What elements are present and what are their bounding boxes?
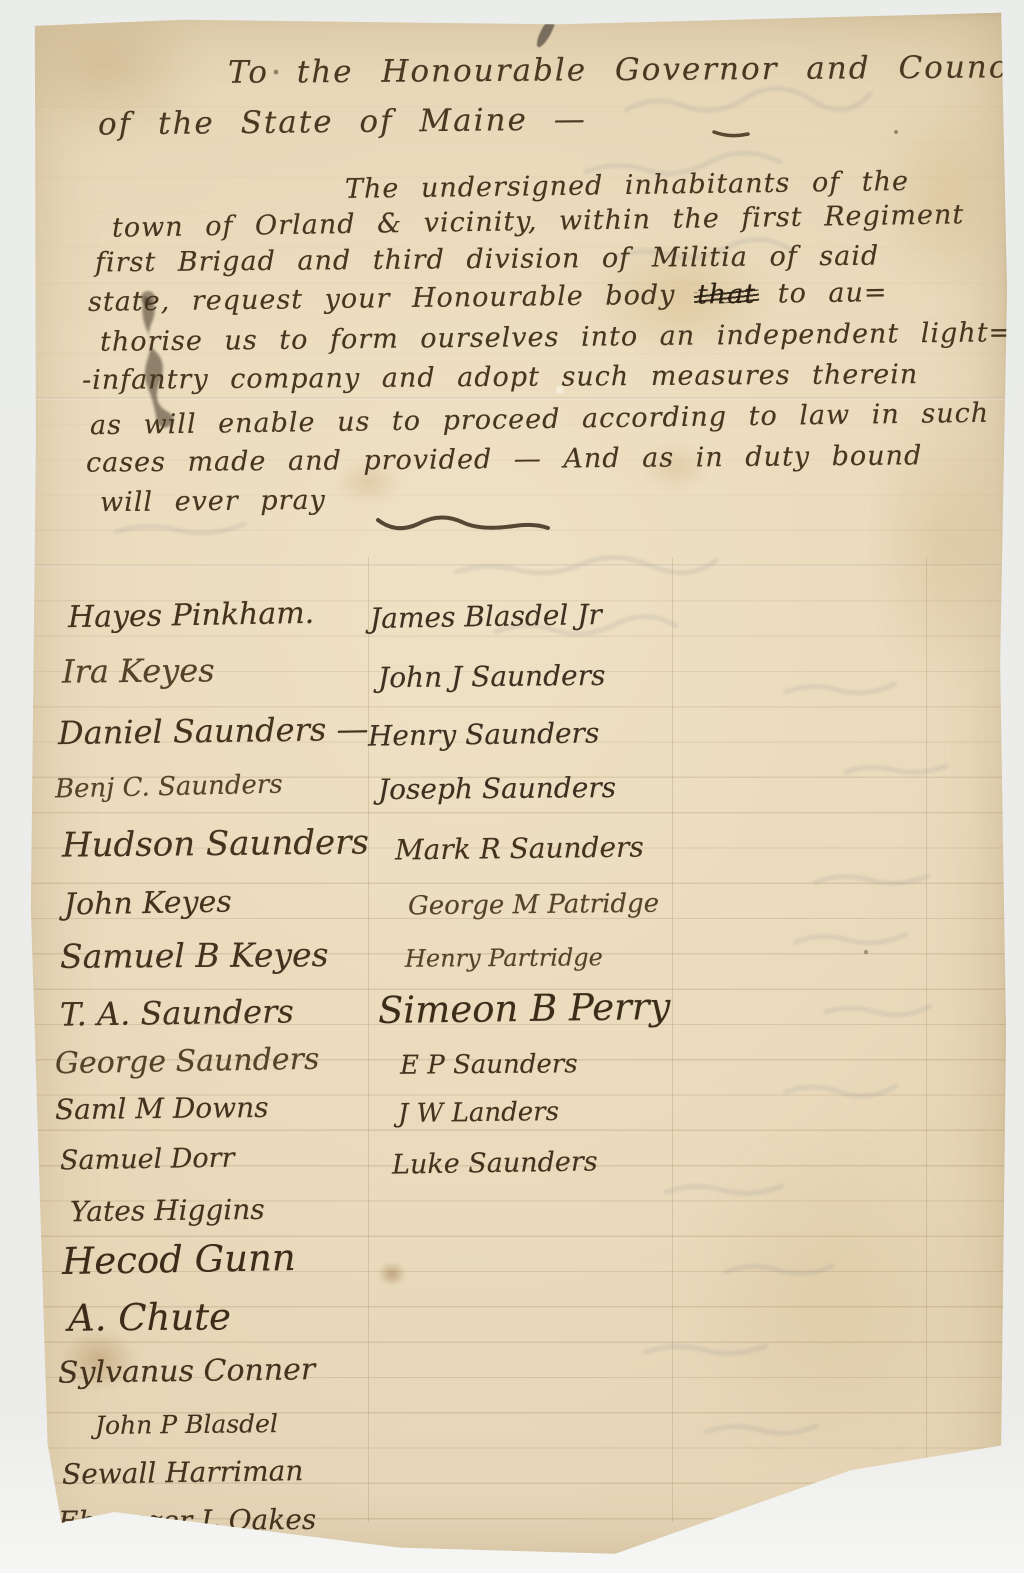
signature: J W Landers (398, 1097, 559, 1129)
struck-word: that (697, 279, 757, 311)
signature: Ebenezer L Oakes (58, 1503, 316, 1538)
signature: Hudson Saunders (62, 822, 369, 865)
signature: Saml M Downs (55, 1091, 269, 1126)
signature: T. A. Saunders (60, 992, 294, 1033)
signature: George Saunders (55, 1042, 320, 1082)
body-line: will ever pray (100, 485, 326, 518)
signature: Ira Keyes (62, 651, 215, 690)
signature: Samuel B Keyes (60, 935, 329, 976)
salutation-line-1: To the Honourable Governor and Council (228, 49, 1024, 91)
signature: George M Patridge (408, 889, 659, 922)
document-page: To the Honourable Governor and Council o… (26, 12, 1008, 1560)
signature: Simeon B Perry (378, 985, 671, 1032)
body-line-segment: to au= (756, 277, 888, 310)
signature: Yates Higgins (70, 1193, 265, 1228)
signature: Henry Partridge (405, 943, 603, 972)
body-line: -infantry company and adopt such measure… (82, 359, 918, 396)
signature: Mark R Saunders (395, 830, 644, 866)
signature: E P Saunders (400, 1049, 578, 1081)
ink-smudge (534, 15, 559, 50)
signature: Daniel Saunders — (58, 710, 369, 752)
signature: John Keyes (64, 885, 232, 923)
signature: Benj C. Saunders (55, 770, 283, 805)
signature: Sewall Harriman (62, 1454, 304, 1491)
signature: Hayes Pinkham. (68, 596, 315, 635)
fold-crease (26, 564, 1008, 567)
column-rule (672, 557, 673, 1522)
column-rule (926, 557, 927, 1522)
column-rule (368, 557, 369, 1522)
salutation-line-2: of the State of Maine — (98, 101, 587, 142)
signature: James Blasdel Jr (370, 598, 602, 635)
signature: Joseph Saunders (378, 771, 616, 806)
signature: Henry Saunders (368, 716, 600, 752)
signature: John P Blasdel (95, 1409, 278, 1440)
signature: Luke Saunders (392, 1146, 598, 1180)
signature: Sylvanus Conner (58, 1352, 316, 1391)
signature: Samuel Dorr (60, 1143, 235, 1177)
signature: A. Chute (68, 1295, 231, 1339)
signature: Hecod Gunn (62, 1236, 296, 1283)
signature: John J Saunders (378, 659, 606, 694)
screenshot-root: { "heading": { "line1": "To the Honourab… (0, 0, 1024, 1573)
